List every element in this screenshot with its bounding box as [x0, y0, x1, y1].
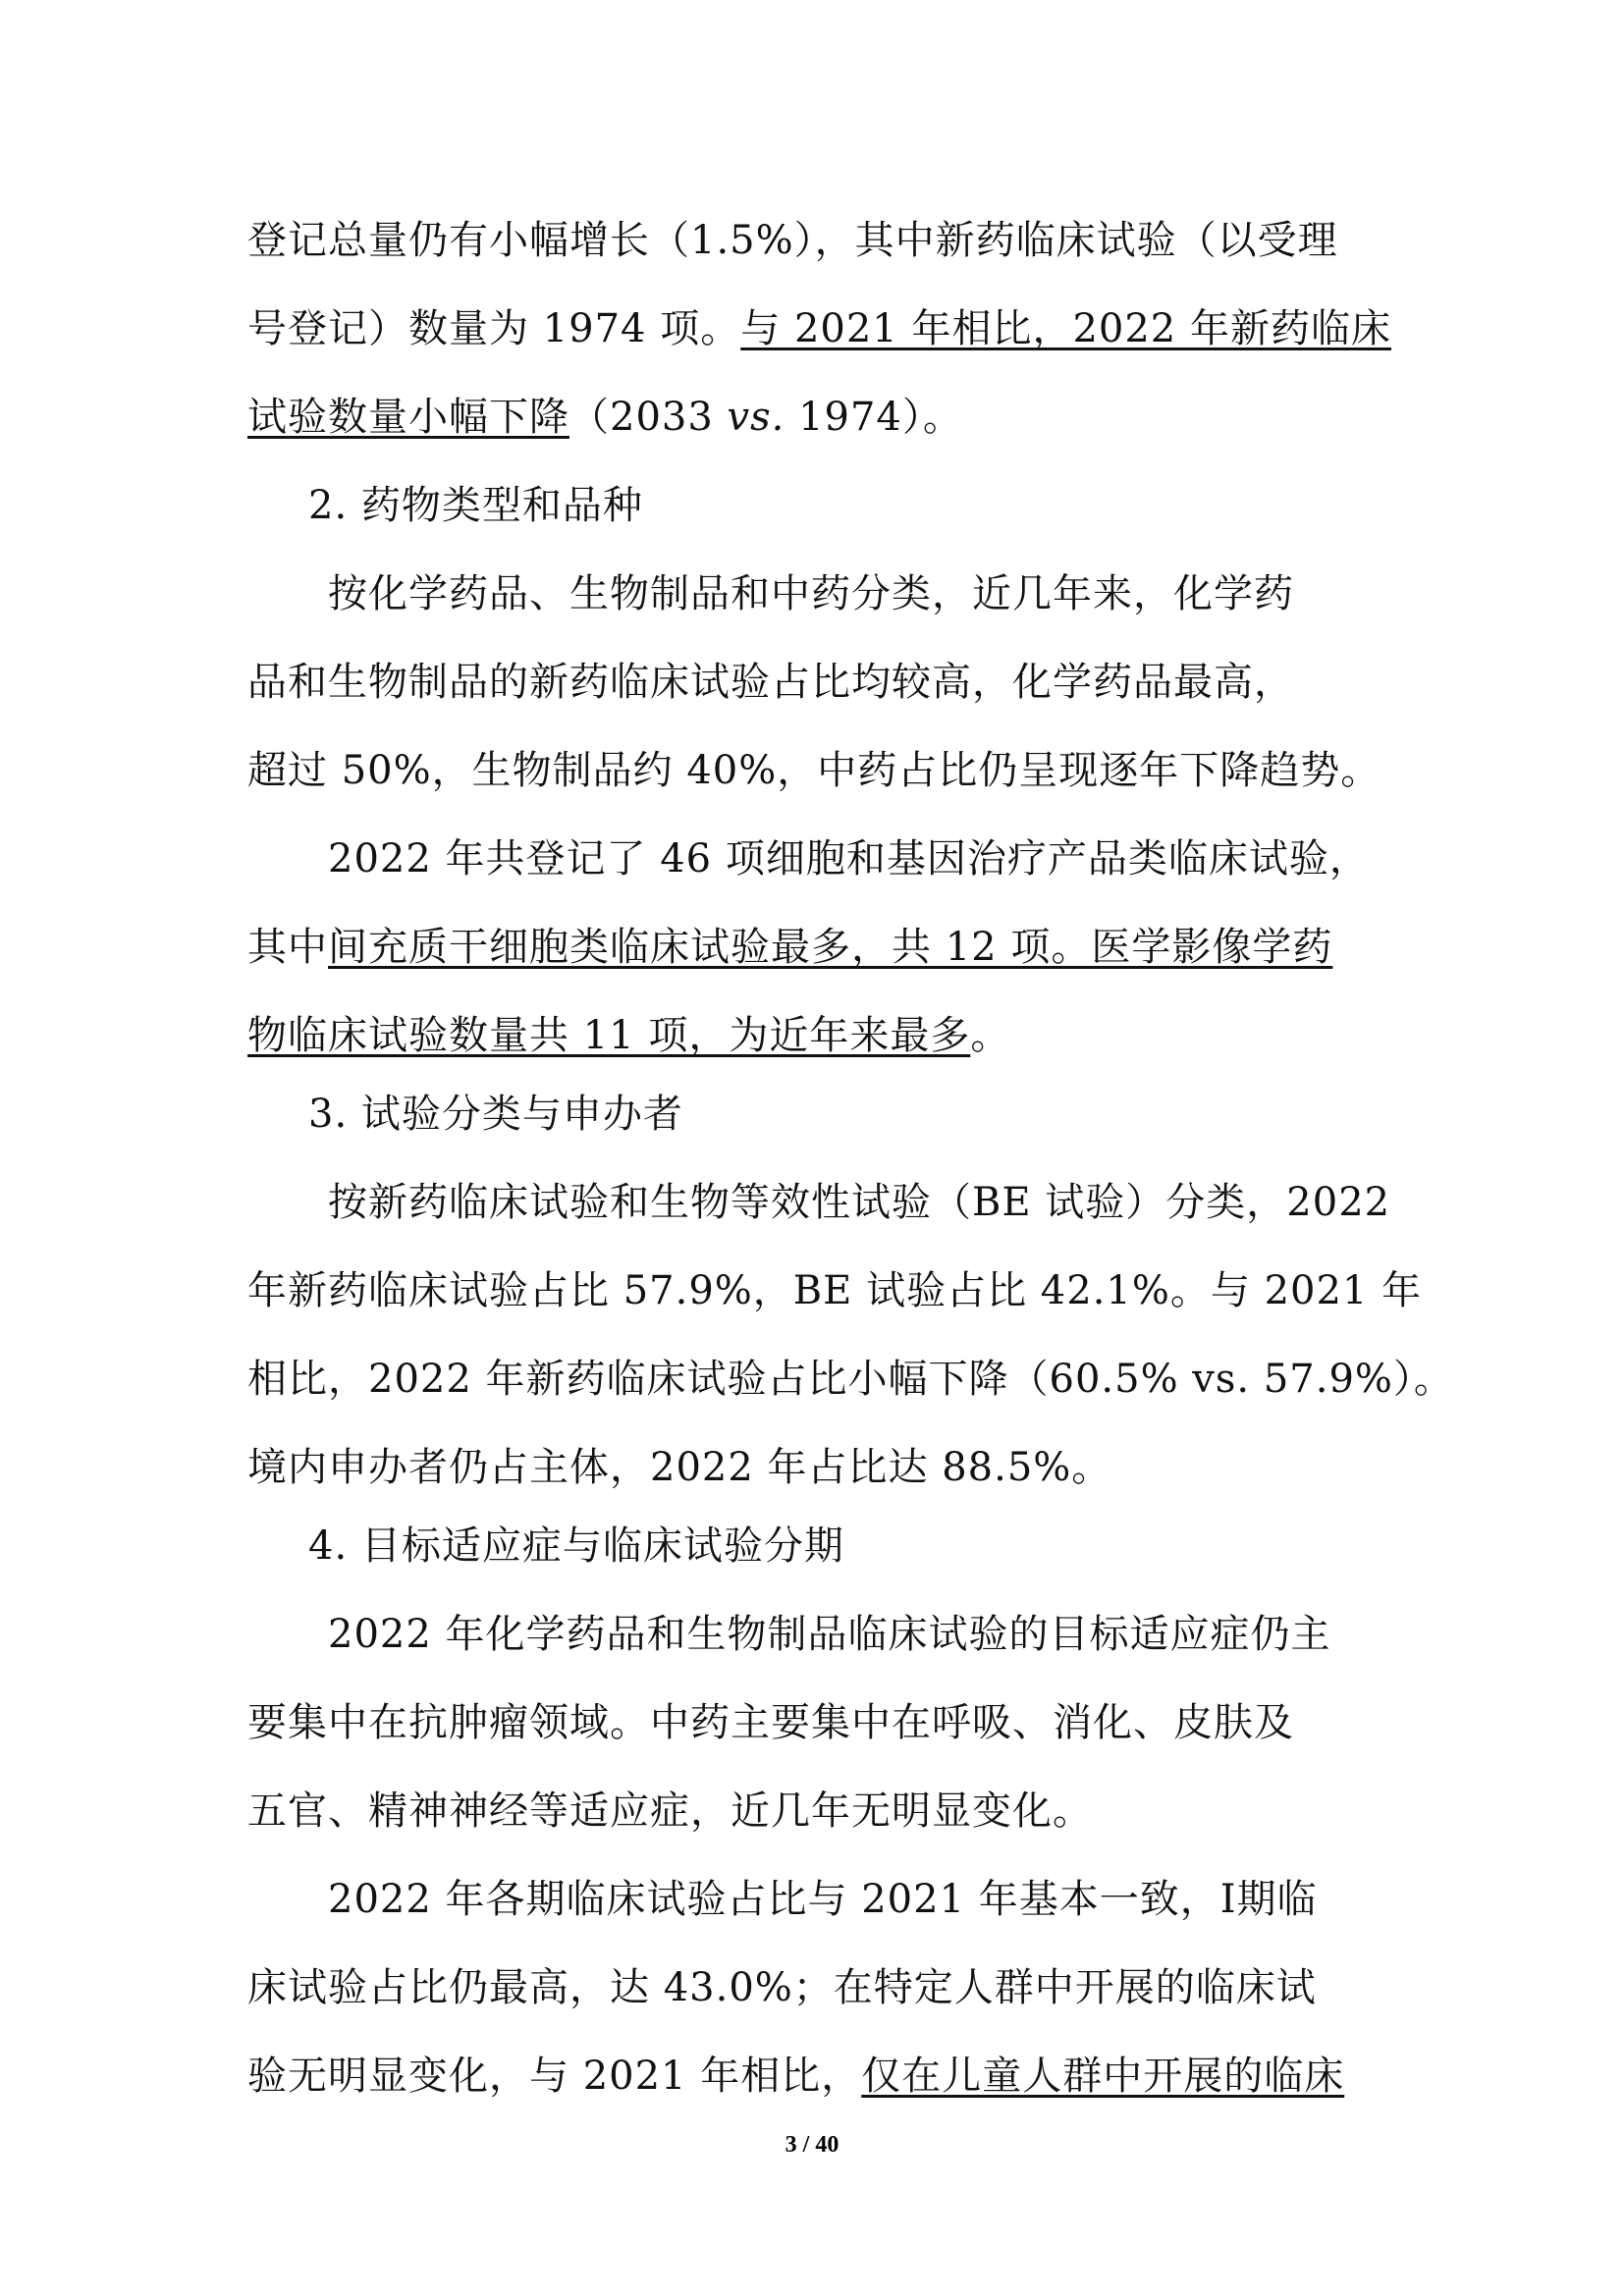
underlined-text: 与 2021 年相比，2022 年新药临床 [740, 306, 1391, 351]
text: 其中 [247, 925, 328, 970]
paragraph-line: 2022 年各期临床试验占比与 2021 年基本一致，Ⅰ期临 [328, 1855, 1318, 1944]
text: 号登记）数量为 1974 项。 [247, 306, 740, 351]
text: 验无明显变化，与 2021 年相比， [247, 2054, 861, 2099]
text: 1974）。 [785, 395, 963, 440]
paragraph-line: 品和生物制品的新药临床试验占比均较高，化学药品最高， [247, 638, 1294, 726]
paragraph-line: 按新药临床试验和生物等效性试验（BE 试验）分类，2022 [328, 1158, 1390, 1247]
underlined-text: 物临床试验数量共 11 项，为近年来最多 [247, 1013, 970, 1058]
paragraph-line: 号登记）数量为 1974 项。与 2021 年相比，2022 年新药临床 [247, 285, 1391, 373]
italic-text: vs. [728, 395, 785, 440]
paragraph-line: 五官、精神神经等适应症，近几年无明显变化。 [247, 1767, 1093, 1855]
paragraph-line: 其中间充质干细胞类临床试验最多，共 12 项。医学影像学药 [247, 903, 1332, 991]
paragraph-line: 相比，2022 年新药临床试验占比小幅下降（60.5% vs. 57.9%）。 [247, 1335, 1454, 1423]
paragraph-line: 要集中在抗肿瘤领域。中药主要集中在呼吸、消化、皮肤及 [247, 1679, 1294, 1767]
underlined-text: 仅在儿童人群中开展的临床 [861, 2054, 1344, 2099]
text: （2033 [569, 395, 728, 440]
text: 。 [970, 1013, 1010, 1058]
section-heading: 4. 目标适应症与临床试验分期 [308, 1502, 844, 1590]
underlined-text: 试验数量小幅下降 [247, 395, 569, 440]
paragraph-line: 2022 年共登记了 46 项细胞和基因治疗产品类临床试验， [328, 815, 1370, 903]
underlined-text: 间充质干细胞类临床试验最多，共 12 项。医学影像学药 [328, 925, 1332, 970]
page-number: 3 / 40 [0, 2132, 1624, 2159]
section-heading: 3. 试验分类与申办者 [308, 1070, 683, 1158]
paragraph-line: 境内申办者仍占主体，2022 年占比达 88.5%。 [247, 1423, 1111, 1512]
paragraph-line: 物临床试验数量共 11 项，为近年来最多。 [247, 991, 1010, 1080]
paragraph-line: 按化学药品、生物制品和中药分类，近几年来，化学药 [328, 550, 1294, 638]
paragraph-line: 年新药临床试验占比 57.9%，BE 试验占比 42.1%。与 2021 年 [247, 1247, 1422, 1335]
paragraph-line: 超过 50%，生物制品约 40%，中药占比仍呈现逐年下降趋势。 [247, 726, 1380, 815]
paragraph-line: 试验数量小幅下降（2033 vs. 1974）。 [247, 373, 963, 461]
paragraph-line: 登记总量仍有小幅增长（1.5%），其中新药临床试验（以受理 [247, 196, 1338, 285]
paragraph-line: 2022 年化学药品和生物制品临床试验的目标适应症仍主 [328, 1590, 1331, 1679]
text: 登记总量仍有小幅增长（1.5%），其中新药临床试验（以受理 [247, 218, 1338, 263]
section-heading: 2. 药物类型和品种 [308, 461, 643, 550]
paragraph-line: 验无明显变化，与 2021 年相比，仅在儿童人群中开展的临床 [247, 2032, 1344, 2120]
paragraph-line: 床试验占比仍最高，达 43.0%；在特定人群中开展的临床试 [247, 1944, 1317, 2032]
